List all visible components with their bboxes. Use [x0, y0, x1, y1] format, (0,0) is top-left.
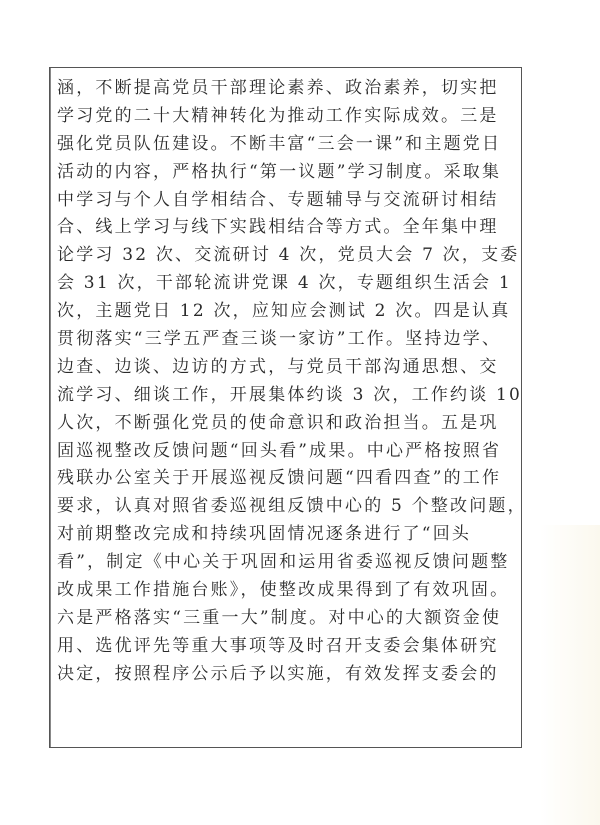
text-line: 对前期整改完成和持续巩固情况逐条进行了“回头: [57, 521, 527, 549]
table-right-cell: 涵，不断提高党员干部理论素养、政治素养，切实把 学习党的二十大精神转化为推动工作…: [51, 68, 527, 747]
text-line: 论学习 32 次、交流研讨 4 次，党员大会 7 次，支委: [57, 242, 527, 270]
text-line: 固巡视整改反馈问题“回头看”成果。中心严格按照省: [57, 438, 527, 466]
text-line: 残联办公室关于开展巡视反馈问题“四看四查”的工作: [57, 465, 527, 493]
text-line: 人次，不断强化党员的使命意识和政治担当。五是巩: [57, 410, 527, 438]
text-line: 流学习、细谈工作，开展集体约谈 3 次，工作约谈 10: [57, 382, 527, 410]
text-line: 次，主题党日 12 次，应知应会测试 2 次。四是认真: [57, 298, 527, 326]
text-line: 边查、边谈、边访的方式，与党员干部沟通思想、交: [57, 354, 527, 382]
text-line: 合、线上学习与线下实践相结合等方式。全年集中理: [57, 214, 527, 242]
text-line: 用、选优评先等重大事项等及时召开支委会集体研究: [57, 633, 527, 661]
text-line: 看”，制定《中心关于巩固和运用省委巡视反馈问题整: [57, 549, 527, 577]
text-line: 学习党的二十大精神转化为推动工作实际成效。三是: [57, 103, 527, 131]
text-line: 六是严格落实“三重一大”制度。对中心的大额资金使: [57, 605, 527, 633]
text-line: 会 31 次，干部轮流讲党课 4 次，专题组织生活会 1: [57, 270, 527, 298]
document-table: 涵，不断提高党员干部理论素养、政治素养，切实把 学习党的二十大精神转化为推动工作…: [49, 67, 522, 748]
text-line: 中学习与个人自学相结合、专题辅导与交流研讨相结: [57, 187, 527, 215]
text-line: 涵，不断提高党员干部理论素养、政治素养，切实把: [57, 75, 527, 103]
text-line: 要求，认真对照省委巡视组反馈中心的 5 个整改问题，: [57, 493, 527, 521]
text-line: 贯彻落实“三学五严查三谈一家访”工作。坚持边学、: [57, 326, 527, 354]
text-line: 决定，按照程序公示后予以实施，有效发挥支委会的: [57, 661, 527, 689]
text-line: 强化党员队伍建设。不断丰富“三会一课”和主题党日: [57, 131, 527, 159]
text-line: 活动的内容，严格执行“第一议题”学习制度。采取集: [57, 159, 527, 187]
text-line: 改成果工作措施台账》，使整改成果得到了有效巩固。: [57, 577, 527, 605]
scan-edge-shading: [540, 525, 600, 825]
